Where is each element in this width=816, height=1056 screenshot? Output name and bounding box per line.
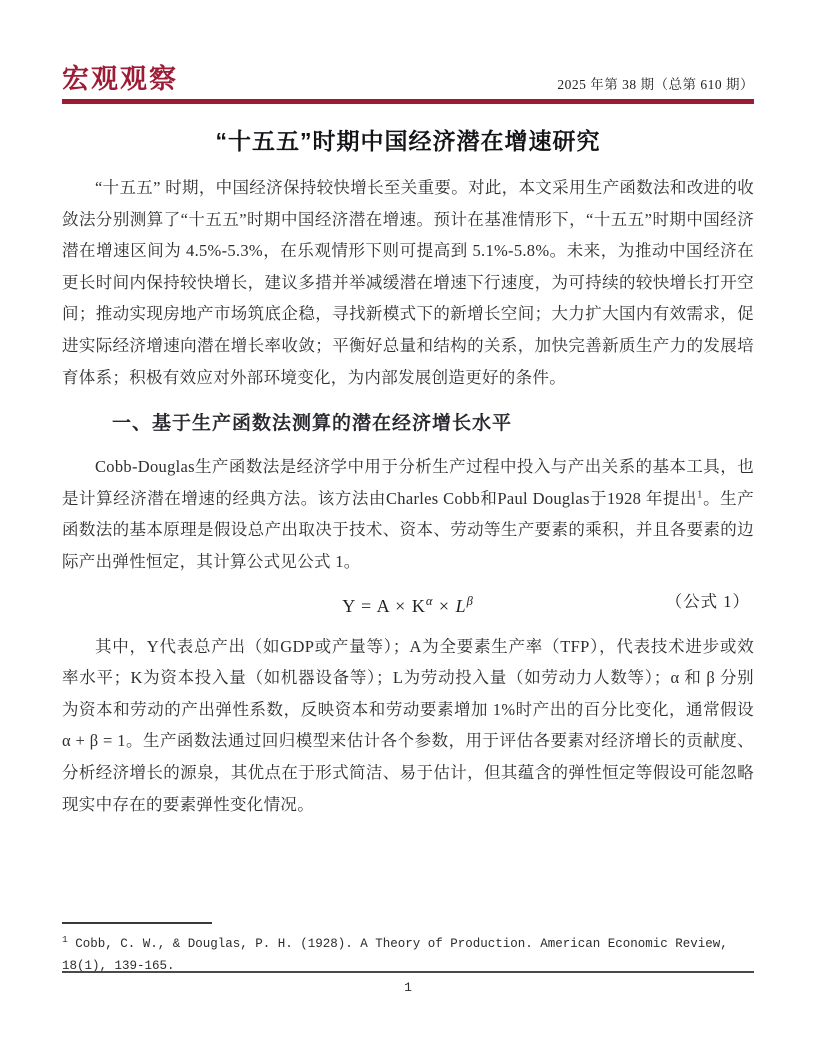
article-body: “十五五”时期中国经济潜在增速研究 “十五五” 时期，中国经济保持较快增长至关重… — [62, 126, 754, 820]
page-header: 宏观观察 2025 年第 38 期（总第 610 期） — [62, 64, 754, 95]
footnote-text: Cobb, C. W., & Douglas, P. H. (1928). A … — [62, 937, 728, 973]
equation-times: × — [433, 596, 455, 616]
equation-1: Y = A × Kα × Lβ （公式 1） — [62, 587, 754, 620]
equation-variable-l: L — [456, 596, 467, 616]
footnote-1: 1 Cobb, C. W., & Douglas, P. H. (1928). … — [62, 929, 754, 977]
publication-brand: 宏观观察 — [62, 64, 178, 95]
document-page: 宏观观察 2025 年第 38 期（总第 610 期） “十五五”时期中国经济潜… — [0, 0, 816, 1056]
page-number: 1 — [0, 980, 816, 995]
section-1-heading: 一、基于生产函数法测算的潜在经济增长水平 — [112, 408, 754, 435]
footer-rule — [62, 971, 754, 973]
equation-expression: Y = A × Kα × Lβ — [342, 596, 474, 616]
section-1-paragraph-2: 其中，Y代表总产出（如GDP或产量等）；A为全要素生产率（TFP），代表技术进步… — [62, 631, 754, 821]
article-title: “十五五”时期中国经济潜在增速研究 — [62, 126, 754, 156]
header-rule — [62, 99, 754, 104]
equation-exponent-beta: β — [467, 594, 474, 608]
paragraph-text-before-ref: Cobb-Douglas生产函数法是经济学中用于分析生产过程中投入与产出关系的基… — [62, 457, 754, 508]
equation-label: （公式 1） — [666, 588, 750, 616]
abstract-paragraph: “十五五” 时期，中国经济保持较快增长至关重要。对此，本文采用生产函数法和改进的… — [62, 172, 754, 393]
footnote-separator — [62, 922, 212, 924]
equation-main: Y = A × K — [342, 596, 426, 616]
issue-info: 2025 年第 38 期（总第 610 期） — [557, 73, 754, 95]
section-1-paragraph-1: Cobb-Douglas生产函数法是经济学中用于分析生产过程中投入与产出关系的基… — [62, 451, 754, 577]
